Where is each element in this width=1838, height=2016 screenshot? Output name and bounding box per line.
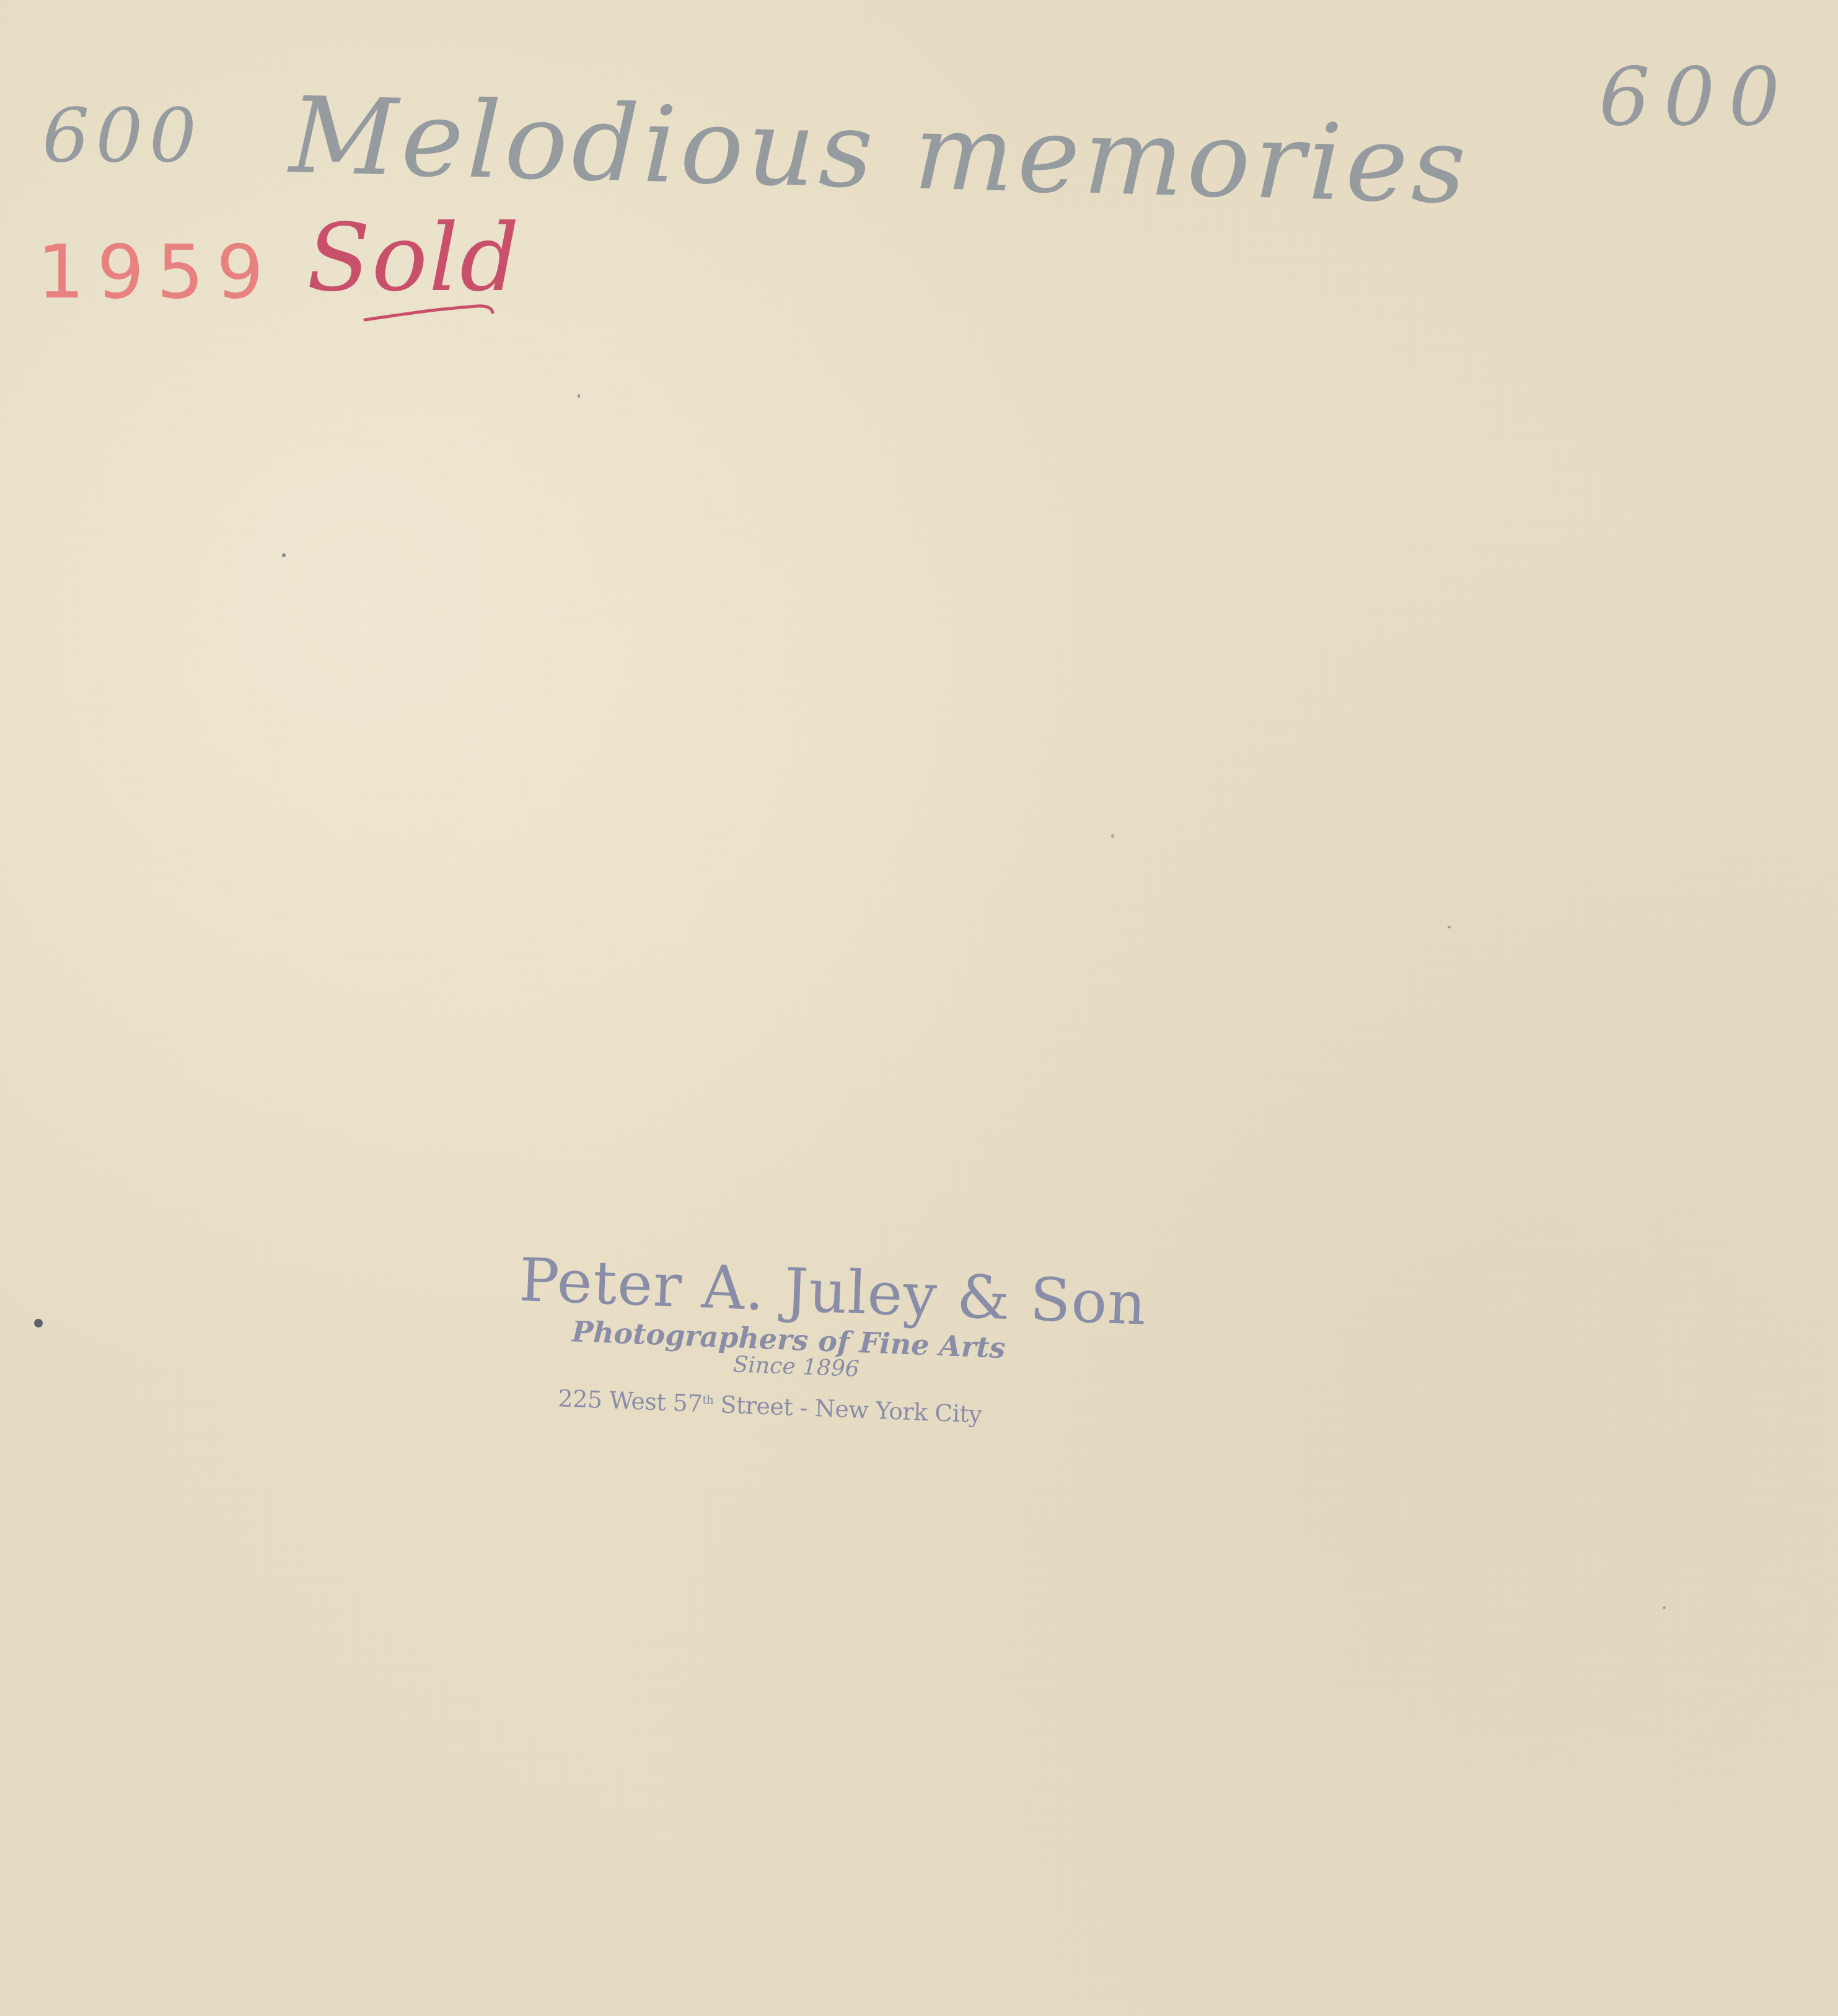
photographer-stamp: Peter A. Juley & Son Photographers of Fi… xyxy=(514,1246,1115,1438)
sold-annotation: Sold xyxy=(307,205,521,312)
inventory-number-left: 600 xyxy=(42,93,203,179)
paper-speck xyxy=(282,553,286,557)
sold-underline xyxy=(363,304,496,322)
paper-speck xyxy=(578,394,580,398)
stamp-address-prefix: 225 West 57 xyxy=(558,1384,703,1417)
paper-speck xyxy=(34,1319,43,1327)
stamp-address-suffix: Street - New York City xyxy=(713,1391,982,1428)
inventory-number-right: 600 xyxy=(1599,50,1793,144)
paper-speck xyxy=(1448,926,1451,928)
paper-speck xyxy=(1111,834,1114,838)
paper-speck xyxy=(1663,1606,1666,1609)
photo-verso-page: 600 Melodious memories 600 1959 Sold Pet… xyxy=(0,0,1838,2016)
year-annotation: 1959 xyxy=(37,229,276,315)
stamp-address-ordinal: th xyxy=(702,1393,714,1407)
